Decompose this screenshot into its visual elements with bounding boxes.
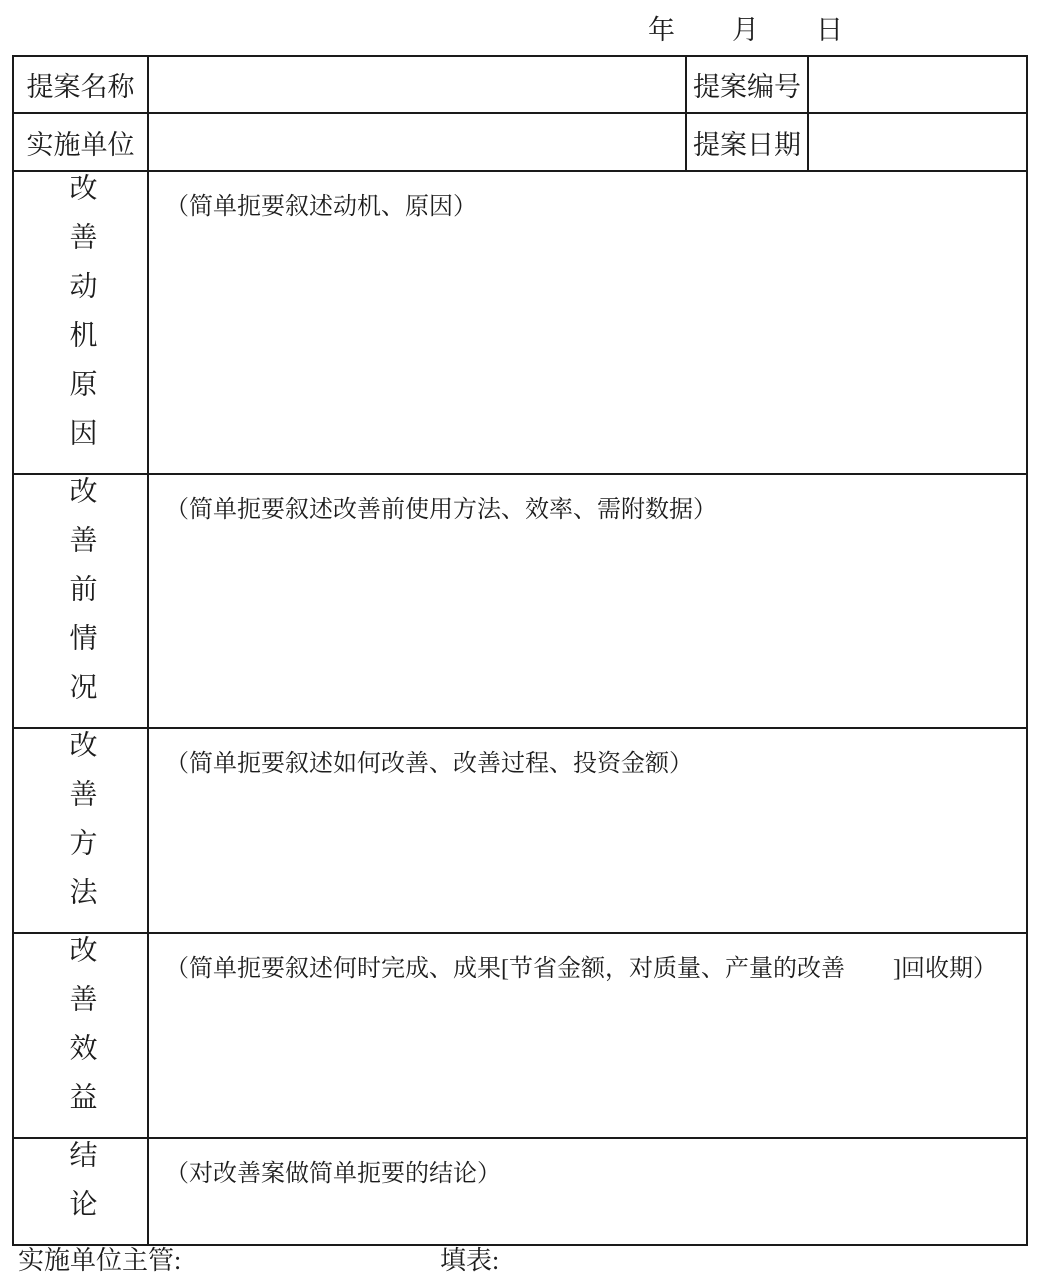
table-row: 改善动机原因 （简单扼要叙述动机、原因）	[13, 171, 1027, 474]
section-hint-text: （简单扼要叙述动机、原因）	[165, 194, 477, 220]
section-label-text: 改善前情况	[67, 476, 95, 721]
implementation-unit-field[interactable]	[148, 113, 686, 171]
implementation-unit-label: 实施单位	[13, 113, 148, 171]
section-label-improvement-method: 改善方法	[13, 728, 148, 933]
proposal-date-field[interactable]	[808, 113, 1027, 171]
section-label-text: 结论	[67, 1140, 95, 1238]
section-content-improvement-benefit[interactable]: （简单扼要叙述何时完成、成果[节省金额，对质量、产量的改善 ]回收期）	[148, 933, 1027, 1138]
section-label-conclusion: 结论	[13, 1138, 148, 1245]
supervisor-signature-label: 实施单位主管:	[18, 1240, 181, 1276]
table-row: 改善前情况 （简单扼要叙述改善前使用方法、效率、需附数据）	[13, 474, 1027, 728]
section-hint-text: （简单扼要叙述改善前使用方法、效率、需附数据）	[165, 497, 717, 523]
table-row: 提案名称 提案编号	[13, 56, 1027, 113]
proposal-name-field[interactable]	[148, 56, 686, 113]
section-hint-text: （简单扼要叙述如何改善、改善过程、投资金额）	[165, 751, 693, 777]
section-label-text: 改善方法	[67, 730, 95, 926]
proposal-form-page: 年 月 日 提案名称 提案编号 实施单位 提案日期 改善	[0, 0, 1044, 1276]
section-content-motivation-reason[interactable]: （简单扼要叙述动机、原因）	[148, 171, 1027, 474]
section-hint-text: （对改善案做简单扼要的结论）	[165, 1161, 501, 1187]
proposal-name-label: 提案名称	[13, 56, 148, 113]
section-content-improvement-method[interactable]: （简单扼要叙述如何改善、改善过程、投资金额）	[148, 728, 1027, 933]
section-label-motivation-reason: 改善动机原因	[13, 171, 148, 474]
section-content-before-situation[interactable]: （简单扼要叙述改善前使用方法、效率、需附数据）	[148, 474, 1027, 728]
table-row: 改善效益 （简单扼要叙述何时完成、成果[节省金额，对质量、产量的改善 ]回收期）	[13, 933, 1027, 1138]
section-label-text: 改善动机原因	[67, 173, 95, 467]
section-hint-text: （简单扼要叙述何时完成、成果[节省金额，对质量、产量的改善 ]回收期）	[165, 956, 997, 982]
table-row: 实施单位 提案日期	[13, 113, 1027, 171]
proposal-form-table: 提案名称 提案编号 实施单位 提案日期 改善动机原因 （简单扼要叙述动机、原因）	[12, 55, 1028, 1246]
table-row: 结论 （对改善案做简单扼要的结论）	[13, 1138, 1027, 1245]
date-line: 年 月 日	[648, 8, 844, 47]
section-content-conclusion[interactable]: （对改善案做简单扼要的结论）	[148, 1138, 1027, 1245]
section-label-improvement-benefit: 改善效益	[13, 933, 148, 1138]
proposal-date-label: 提案日期	[686, 113, 808, 171]
proposal-number-label: 提案编号	[686, 56, 808, 113]
proposal-number-field[interactable]	[808, 56, 1027, 113]
section-label-text: 改善效益	[67, 935, 95, 1131]
form-filler-label: 填表:	[440, 1240, 499, 1276]
table-row: 改善方法 （简单扼要叙述如何改善、改善过程、投资金额）	[13, 728, 1027, 933]
section-label-before-situation: 改善前情况	[13, 474, 148, 728]
